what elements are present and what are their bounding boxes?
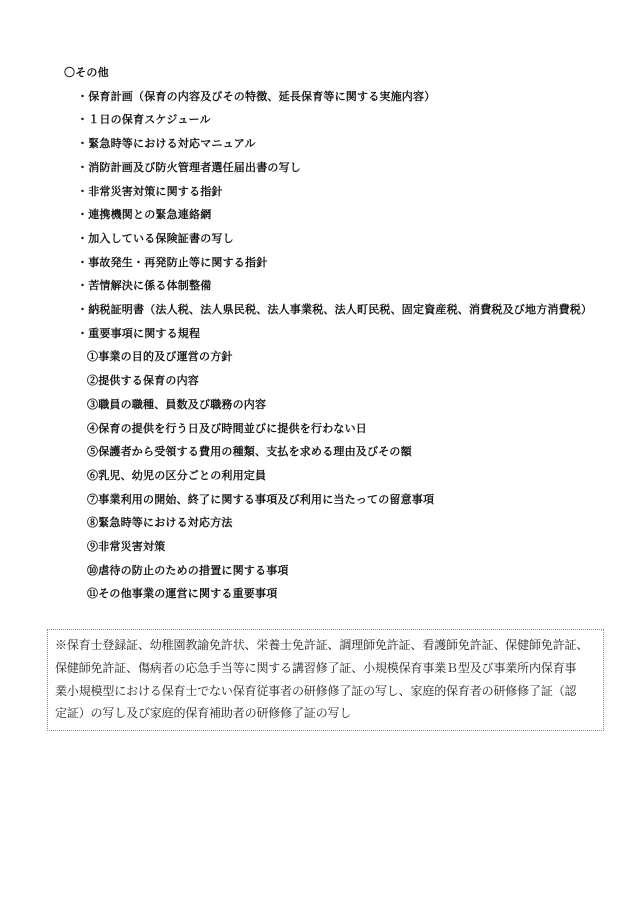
note-line: 保健師免許証、傷病者の応急手当等に関する講習修了証、小規模保育事業Ｂ型及び事業所…: [55, 657, 596, 680]
bullet-item: ・加入している保険証書の写し: [0, 228, 630, 252]
bullet-item: ・事故発生・再発防止等に関する指針: [0, 252, 630, 276]
note-line: ※保育士登録証、幼稚園教諭免許状、栄養士免許証、調理師免許証、看護師免許証、保健…: [55, 634, 596, 657]
note-line: 定証）の写し及び家庭的保育補助者の研修修了証の写し: [55, 702, 596, 725]
numbered-item: ⑪その他事業の運営に関する重要事項: [0, 583, 630, 607]
bullet-item: ・保育計画（保育の内容及びその特徴、延長保育等に関する実施内容）: [0, 86, 630, 110]
note-line: 業小規模型における保育士でない保育従事者の研修修了証の写し、家庭的保育者の研修修…: [55, 680, 596, 703]
bullet-item: ・連携機関との緊急連絡網: [0, 204, 630, 228]
section-heading: 〇その他: [0, 62, 630, 86]
numbered-item: ⑧緊急時等における対応方法: [0, 512, 630, 536]
numbered-item: ④保育の提供を行う日及び時間並びに提供を行わない日: [0, 418, 630, 442]
bullet-item: ・重要事項に関する規程: [0, 323, 630, 347]
numbered-item: ⑨非常災害対策: [0, 536, 630, 560]
numbered-item: ①事業の目的及び運営の方針: [0, 346, 630, 370]
bullet-item: ・苦情解決に係る体制整備: [0, 275, 630, 299]
document-page: 〇その他 ・保育計画（保育の内容及びその特徴、延長保育等に関する実施内容） ・１…: [0, 0, 630, 903]
bullet-item: ・納税証明書（法人税、法人県民税、法人事業税、法人町民税、固定資産税、消費税及び…: [0, 299, 630, 323]
numbered-item: ⑥乳児、幼児の区分ごとの利用定員: [0, 465, 630, 489]
numbered-item: ③職員の職種、員数及び職務の内容: [0, 394, 630, 418]
bullet-item: ・非常災害対策に関する指針: [0, 181, 630, 205]
bullet-item: ・１日の保育スケジュール: [0, 109, 630, 133]
note-box: ※保育士登録証、幼稚園教諭免許状、栄養士免許証、調理師免許証、看護師免許証、保健…: [47, 629, 604, 731]
numbered-item: ⑩虐待の防止のための措置に関する事項: [0, 560, 630, 584]
section-other: 〇その他 ・保育計画（保育の内容及びその特徴、延長保育等に関する実施内容） ・１…: [0, 62, 630, 607]
bullet-item: ・消防計画及び防火管理者選任届出書の写し: [0, 157, 630, 181]
bullet-item: ・緊急時等における対応マニュアル: [0, 133, 630, 157]
numbered-item: ⑦事業利用の開始、終了に関する事項及び利用に当たっての留意事項: [0, 489, 630, 513]
numbered-item: ②提供する保育の内容: [0, 370, 630, 394]
numbered-item: ⑤保護者から受領する費用の種類、支払を求める理由及びその額: [0, 441, 630, 465]
